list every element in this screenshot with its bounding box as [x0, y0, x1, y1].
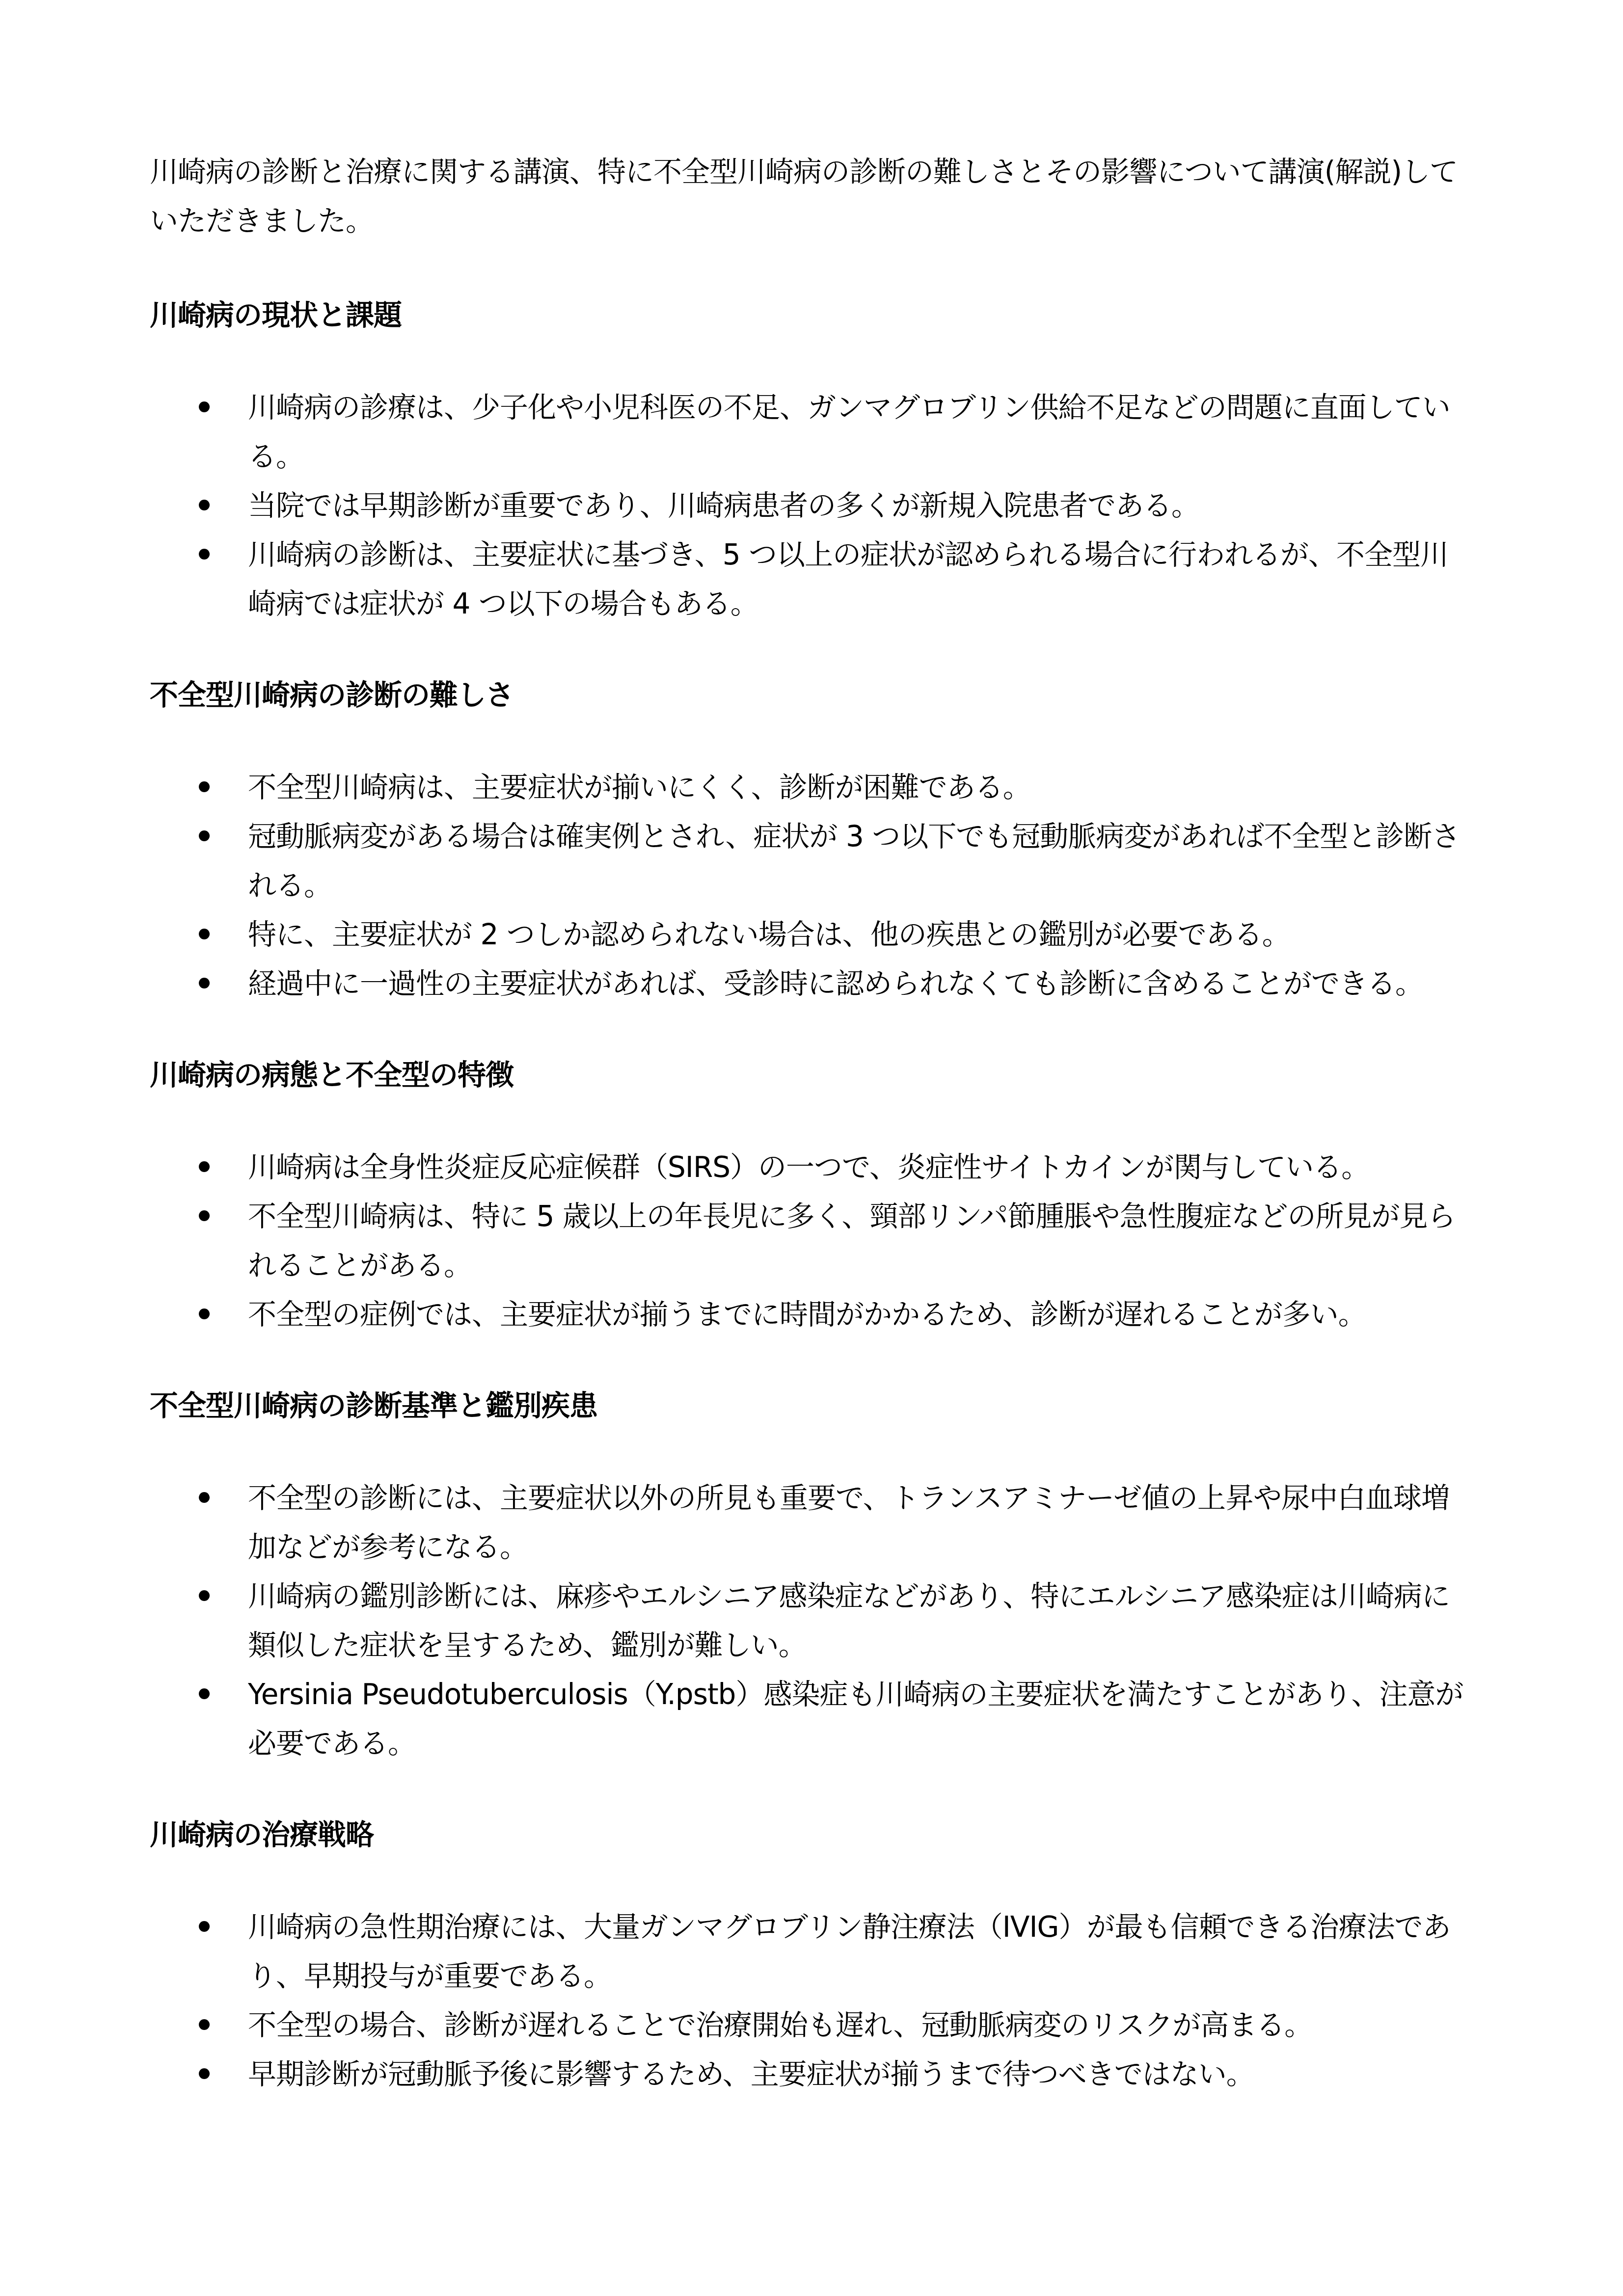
bullet-icon	[199, 2019, 210, 2030]
bullet-icon	[199, 2068, 210, 2079]
list-item-text: 川崎病の診療は、少子化や小児科医の不足、ガンマグロブリン供給不足などの問題に直面…	[248, 391, 1450, 473]
list-item: 不全型川崎病は、主要症状が揃いにくく、診断が困難である。	[150, 763, 1465, 812]
document-page: 川崎病の診断と治療に関する講演、特に不全型川崎病の診断の難しさとその影響について…	[150, 147, 1465, 2141]
list-item: 不全型の診断には、主要症状以外の所見も重要で、トランスアミナーゼ値の上昇や尿中白…	[150, 1473, 1465, 1572]
list-item-text: 川崎病は全身性炎症反応症候群（SIRS）の一つで、炎症性サイトカインが関与してい…	[248, 1150, 1369, 1184]
list-item: 冠動脈病変がある場合は確実例とされ、症状が 3 つ以下でも冠動脈病変があれば不全…	[150, 812, 1465, 910]
bullet-icon	[199, 549, 210, 560]
bullet-icon	[199, 500, 210, 510]
bullet-icon	[199, 1161, 210, 1172]
bullet-icon	[199, 1308, 210, 1319]
list-item-text: 不全型の場合、診断が遅れることで治療開始も遅れ、冠動脈病変のリスクが高まる。	[248, 2008, 1312, 2042]
bullet-list-current-status: 川崎病の診療は、少子化や小児科医の不足、ガンマグロブリン供給不足などの問題に直面…	[150, 383, 1465, 628]
list-item-text: 不全型川崎病は、主要症状が揃いにくく、診断が困難である。	[248, 771, 1031, 804]
intro-paragraph: 川崎病の診断と治療に関する講演、特に不全型川崎病の診断の難しさとその影響について…	[150, 147, 1465, 245]
list-item-text: 早期診断が冠動脈予後に影響するため、主要症状が揃うまで待つべきではない。	[248, 2057, 1254, 2091]
bullet-list-treatment-strategy: 川崎病の急性期治療には、大量ガンマグロブリン静注療法（IVIG）が最も信頼できる…	[150, 1902, 1465, 2099]
bullet-icon	[199, 781, 210, 792]
list-item-text: 特に、主要症状が 2 つしか認められない場合は、他の疾患との鑑別が必要である。	[248, 918, 1290, 951]
list-item: 特に、主要症状が 2 つしか認められない場合は、他の疾患との鑑別が必要である。	[150, 910, 1465, 959]
list-item: 川崎病の診断は、主要症状に基づき、5 つ以上の症状が認められる場合に行われるが、…	[150, 530, 1465, 628]
list-item: 経過中に一過性の主要症状があれば、受診時に認められなくても診断に含めることができ…	[150, 959, 1465, 1008]
section-heading-criteria-differential: 不全型川崎病の診断基準と鑑別疾患	[150, 1381, 1465, 1430]
list-item-text: 川崎病の診断は、主要症状に基づき、5 つ以上の症状が認められる場合に行われるが、…	[248, 538, 1448, 620]
bullet-icon	[199, 830, 210, 841]
list-item: 川崎病の鑑別診断には、麻疹やエルシニア感染症などがあり、特にエルシニア感染症は川…	[150, 1572, 1465, 1670]
bullet-icon	[199, 929, 210, 939]
list-item-text: 冠動脈病変がある場合は確実例とされ、症状が 3 つ以下でも冠動脈病変があれば不全…	[248, 820, 1460, 902]
section-heading-pathology: 川崎病の病態と不全型の特徴	[150, 1050, 1465, 1099]
list-item: 当院では早期診断が重要であり、川崎病患者の多くが新規入院患者である。	[150, 481, 1465, 530]
bullet-icon	[199, 1590, 210, 1601]
section-heading-diagnosis-difficulty: 不全型川崎病の診断の難しさ	[150, 670, 1465, 720]
list-item-text: Yersinia Pseudotuberculosis（Y.pstb）感染症も川…	[248, 1678, 1463, 1760]
bullet-list-pathology: 川崎病は全身性炎症反応症候群（SIRS）の一つで、炎症性サイトカインが関与してい…	[150, 1143, 1465, 1339]
list-item: 不全型川崎病は、特に 5 歳以上の年長児に多く、頸部リンパ節腫脹や急性腹症などの…	[150, 1192, 1465, 1290]
bullet-icon	[199, 978, 210, 988]
list-item-text: 不全型の症例では、主要症状が揃うまでに時間がかかるため、診断が遅れることが多い。	[248, 1298, 1366, 1331]
list-item-text: 当院では早期診断が重要であり、川崎病患者の多くが新規入院患者である。	[248, 489, 1199, 522]
list-item: 川崎病の診療は、少子化や小児科医の不足、ガンマグロブリン供給不足などの問題に直面…	[150, 383, 1465, 481]
list-item: 不全型の症例では、主要症状が揃うまでに時間がかかるため、診断が遅れることが多い。	[150, 1290, 1465, 1339]
bullet-icon	[199, 1492, 210, 1503]
list-item: 早期診断が冠動脈予後に影響するため、主要症状が揃うまで待つべきではない。	[150, 2050, 1465, 2099]
bullet-icon	[199, 1210, 210, 1221]
list-item: 川崎病の急性期治療には、大量ガンマグロブリン静注療法（IVIG）が最も信頼できる…	[150, 1902, 1465, 2001]
section-heading-current-status: 川崎病の現状と課題	[150, 291, 1465, 340]
list-item-text: 不全型川崎病は、特に 5 歳以上の年長児に多く、頸部リンパ節腫脹や急性腹症などの…	[248, 1200, 1456, 1282]
list-item: 川崎病は全身性炎症反応症候群（SIRS）の一つで、炎症性サイトカインが関与してい…	[150, 1143, 1465, 1192]
bullet-list-criteria-differential: 不全型の診断には、主要症状以外の所見も重要で、トランスアミナーゼ値の上昇や尿中白…	[150, 1473, 1465, 1768]
bullet-icon	[199, 1921, 210, 1932]
list-item-text: 川崎病の鑑別診断には、麻疹やエルシニア感染症などがあり、特にエルシニア感染症は川…	[248, 1579, 1450, 1662]
bullet-icon	[199, 401, 210, 412]
list-item: Yersinia Pseudotuberculosis（Y.pstb）感染症も川…	[150, 1670, 1465, 1768]
section-heading-treatment-strategy: 川崎病の治療戦略	[150, 1810, 1465, 1859]
list-item: 不全型の場合、診断が遅れることで治療開始も遅れ、冠動脈病変のリスクが高まる。	[150, 2001, 1465, 2050]
list-item-text: 不全型の診断には、主要症状以外の所見も重要で、トランスアミナーゼ値の上昇や尿中白…	[248, 1481, 1449, 1564]
list-item-text: 経過中に一過性の主要症状があれば、受診時に認められなくても診断に含めることができ…	[248, 967, 1423, 1000]
bullet-icon	[199, 1688, 210, 1699]
bullet-list-diagnosis-difficulty: 不全型川崎病は、主要症状が揃いにくく、診断が困難である。 冠動脈病変がある場合は…	[150, 763, 1465, 1008]
list-item-text: 川崎病の急性期治療には、大量ガンマグロブリン静注療法（IVIG）が最も信頼できる…	[248, 1910, 1451, 1993]
